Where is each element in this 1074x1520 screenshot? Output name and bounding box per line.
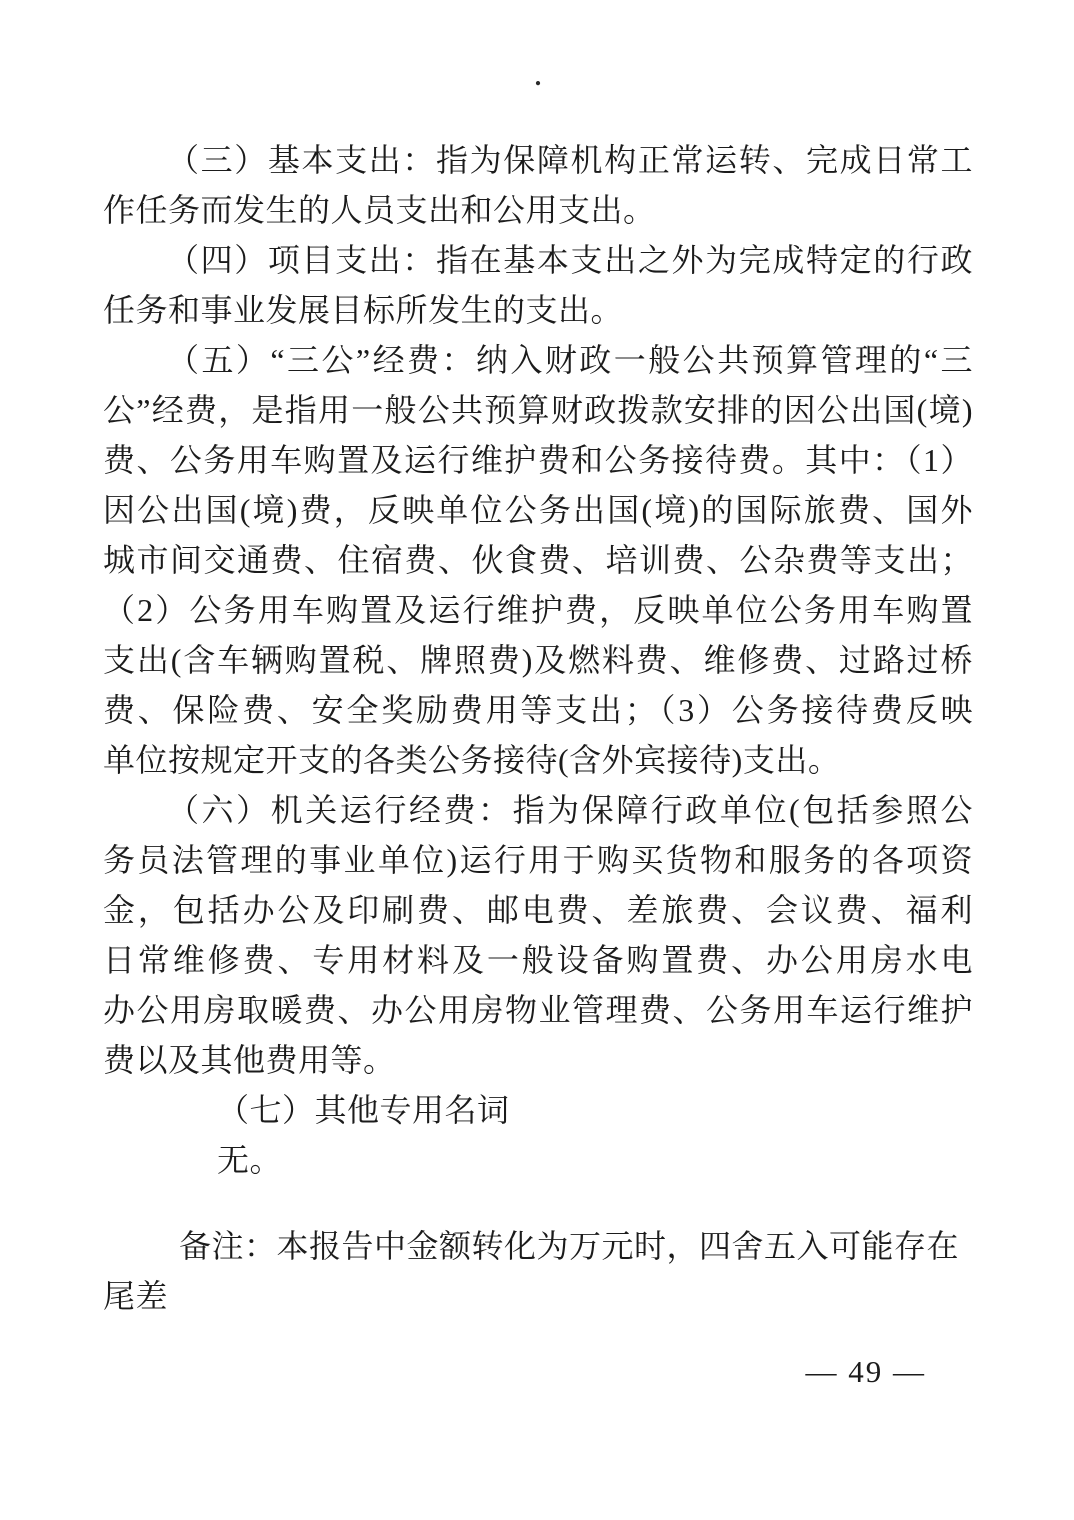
top-center-dot-mark: . bbox=[528, 48, 548, 98]
text-line: （三）基本支出：指为保障机构正常运转、完成日常工 bbox=[103, 135, 973, 185]
text-line: （六）机关运行经费：指为保障行政单位(包括参照公 bbox=[103, 785, 973, 835]
para-agency-operating-funds: （六）机关运行经费：指为保障行政单位(包括参照公 务员法管理的事业单位)运行用于… bbox=[103, 785, 973, 1085]
text-line: 单位按规定开支的各类公务接待(含外宾接待)支出。 bbox=[103, 735, 973, 785]
document-page: . （三）基本支出：指为保障机构正常运转、完成日常工 作任务而发生的人员支出和公… bbox=[0, 0, 1074, 1520]
text-line: 备注：本报告中金额转化为万元时，四舍五入可能存在 bbox=[103, 1221, 973, 1271]
text-line: （四）项目支出：指在基本支出之外为完成特定的行政 bbox=[103, 235, 973, 285]
text-line: 支出(含车辆购置税、牌照费)及燃料费、维修费、过路过桥 bbox=[103, 635, 973, 685]
text-line: 费、公务用车购置及运行维护费和公务接待费。其中：（1） bbox=[103, 435, 973, 485]
text-line: 办公用房取暖费、办公用房物业管理费、公务用车运行维护 bbox=[103, 985, 973, 1035]
text-line: 无。 bbox=[103, 1135, 973, 1185]
text-line: 城市间交通费、住宿费、伙食费、培训费、公杂费等支出； bbox=[103, 535, 973, 585]
text-line: 任务和事业发展目标所发生的支出。 bbox=[103, 285, 973, 335]
para-project-expenditure: （四）项目支出：指在基本支出之外为完成特定的行政 任务和事业发展目标所发生的支出… bbox=[103, 235, 973, 335]
para-three-public-funds: （五）“三公”经费：纳入财政一般公共预算管理的“三 公”经费，是指用一般公共预算… bbox=[103, 335, 973, 785]
page-number: — 49 — bbox=[806, 1347, 927, 1397]
document-body: （三）基本支出：指为保障机构正常运转、完成日常工 作任务而发生的人员支出和公用支… bbox=[103, 135, 973, 1321]
text-line: 尾差 bbox=[103, 1271, 973, 1321]
para-basic-expenditure: （三）基本支出：指为保障机构正常运转、完成日常工 作任务而发生的人员支出和公用支… bbox=[103, 135, 973, 235]
text-line: （七）其他专用名词 bbox=[103, 1085, 973, 1135]
text-line: 费以及其他费用等。 bbox=[103, 1035, 973, 1085]
para-other-terms-heading: （七）其他专用名词 bbox=[103, 1085, 973, 1135]
text-line: （2）公务用车购置及运行维护费，反映单位公务用车购置 bbox=[103, 585, 973, 635]
text-line: 作任务而发生的人员支出和公用支出。 bbox=[103, 185, 973, 235]
para-other-terms-none: 无。 bbox=[103, 1135, 973, 1185]
text-line: 因公出国(境)费，反映单位公务出国(境)的国际旅费、国外 bbox=[103, 485, 973, 535]
text-line: 日常维修费、专用材料及一般设备购置费、办公用房水电费、 bbox=[103, 935, 973, 985]
text-line: （五）“三公”经费：纳入财政一般公共预算管理的“三 bbox=[103, 335, 973, 385]
text-line: 费、保险费、安全奖励费用等支出；（3）公务接待费反映 bbox=[103, 685, 973, 735]
text-line: 务员法管理的事业单位)运行用于购买货物和服务的各项资 bbox=[103, 835, 973, 885]
text-line: 金，包括办公及印刷费、邮电费、差旅费、会议费、福利费、 bbox=[103, 885, 973, 935]
text-line: 公”经费，是指用一般公共预算财政拨款安排的因公出国(境) bbox=[103, 385, 973, 435]
para-note: 备注：本报告中金额转化为万元时，四舍五入可能存在 尾差 bbox=[103, 1221, 973, 1321]
